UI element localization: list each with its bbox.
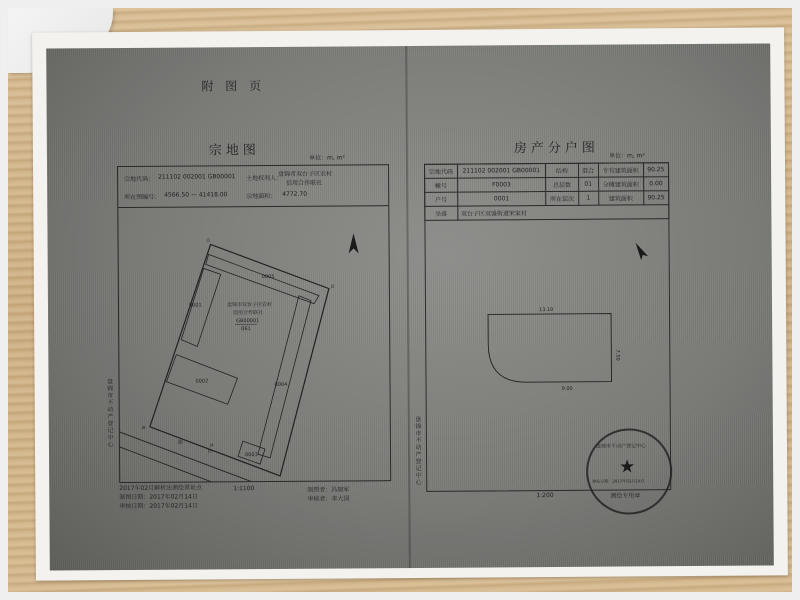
review-date: 审核日期：2017年02月14日 — [119, 500, 198, 510]
printed-document: 附 图 页 宗地图 单位：m, m² 宗地代码： 211102 002001 G… — [46, 43, 774, 570]
reviewer: 审核者：李大国 — [307, 493, 349, 502]
owner-label: 土地权利人： — [246, 173, 282, 182]
svg-text:J4: J4 — [209, 442, 214, 447]
parcel-info-header: 宗地代码： 211102 002001 GB00001 土地权利人： 盘锦市双台… — [118, 165, 388, 208]
svg-text:0003: 0003 — [245, 452, 258, 458]
house-plan-title: 房产分户图 — [514, 137, 599, 157]
house-plan-page: 房产分户图 单位：m, m² 宗地代码 211102 002001 GB0000… — [408, 43, 774, 568]
unit-label: 单位：m, m² — [309, 152, 345, 161]
svg-text:0002: 0002 — [195, 378, 208, 384]
svg-text:GB00001: GB00001 — [236, 318, 259, 324]
owner-line1: 盘锦市双台子区农村 — [278, 169, 332, 178]
svg-text:J6: J6 — [141, 425, 146, 430]
registration-center-vertical: 盘锦市不动产登记中心 — [413, 416, 422, 486]
star-icon: ★ — [619, 456, 635, 477]
page-title: 附 图 页 — [201, 77, 265, 94]
plan-scale: 1:200 — [536, 492, 553, 499]
parcel-code-value: 211102 002001 GB00001 — [158, 173, 236, 181]
svg-text:J1: J1 — [206, 237, 211, 242]
maker: 制图者：冯瑞军 — [307, 484, 349, 493]
owner-line2: 信用合作联社 — [286, 178, 322, 187]
sheet-number-value: 4566.50 — 41418.00 — [164, 191, 227, 198]
north-arrow-icon — [632, 241, 648, 261]
svg-text:0004: 0004 — [275, 382, 288, 388]
parcel-map-title: 宗地图 — [209, 139, 260, 158]
area-label: 宗地面积： — [246, 191, 276, 200]
map-scale: 1:1100 — [233, 485, 254, 492]
house-info-table: 宗地代码 211102 002001 GB00001 结构 混合 专有建筑面积 … — [424, 162, 669, 221]
svg-text:9.00: 9.00 — [562, 386, 573, 392]
north-arrow-icon — [348, 233, 358, 253]
sheet-number-label: 所在图幅号： — [124, 192, 160, 201]
parcel-map-frame: 宗地代码： 211102 002001 GB00001 土地权利人： 盘锦市双台… — [117, 164, 391, 483]
svg-text:13.10: 13.10 — [539, 307, 553, 313]
svg-text:7.50: 7.50 — [614, 350, 620, 361]
svg-text:路: 路 — [178, 439, 183, 446]
svg-text:盘锦市双台子区农村: 盘锦市双台子区农村 — [227, 301, 272, 308]
svg-text:J2: J2 — [330, 284, 335, 289]
svg-text:J3: J3 — [277, 480, 282, 482]
svg-text:信用合作联社: 信用合作联社 — [233, 309, 263, 316]
svg-text:061: 061 — [241, 326, 251, 332]
parcel-map-page: 附 图 页 宗地图 单位：m, m² 宗地代码： 211102 002001 G… — [46, 46, 408, 570]
area-value: 4772.70 — [282, 191, 307, 198]
svg-text:0001: 0001 — [189, 302, 202, 308]
registration-center-vertical: 盘锦市不动产登记中心 — [104, 378, 113, 448]
unit-label: 单位：m, m² — [609, 150, 645, 159]
parcel-code-label: 宗地代码： — [124, 174, 154, 183]
svg-text:0005: 0005 — [262, 274, 275, 280]
svg-text:J5: J5 — [207, 448, 212, 453]
official-seal: 盘锦市不动产登记中心 ★ 核发日期：2017年02月14日 测绘专用章 — [586, 428, 673, 515]
parcel-map-drawing: 0005 0001 0002 0004 0003 盘锦市双台子区农村 信用合作联… — [118, 205, 390, 482]
table-row: 坐落 双台子区双盛街道宋家村 — [425, 205, 669, 221]
